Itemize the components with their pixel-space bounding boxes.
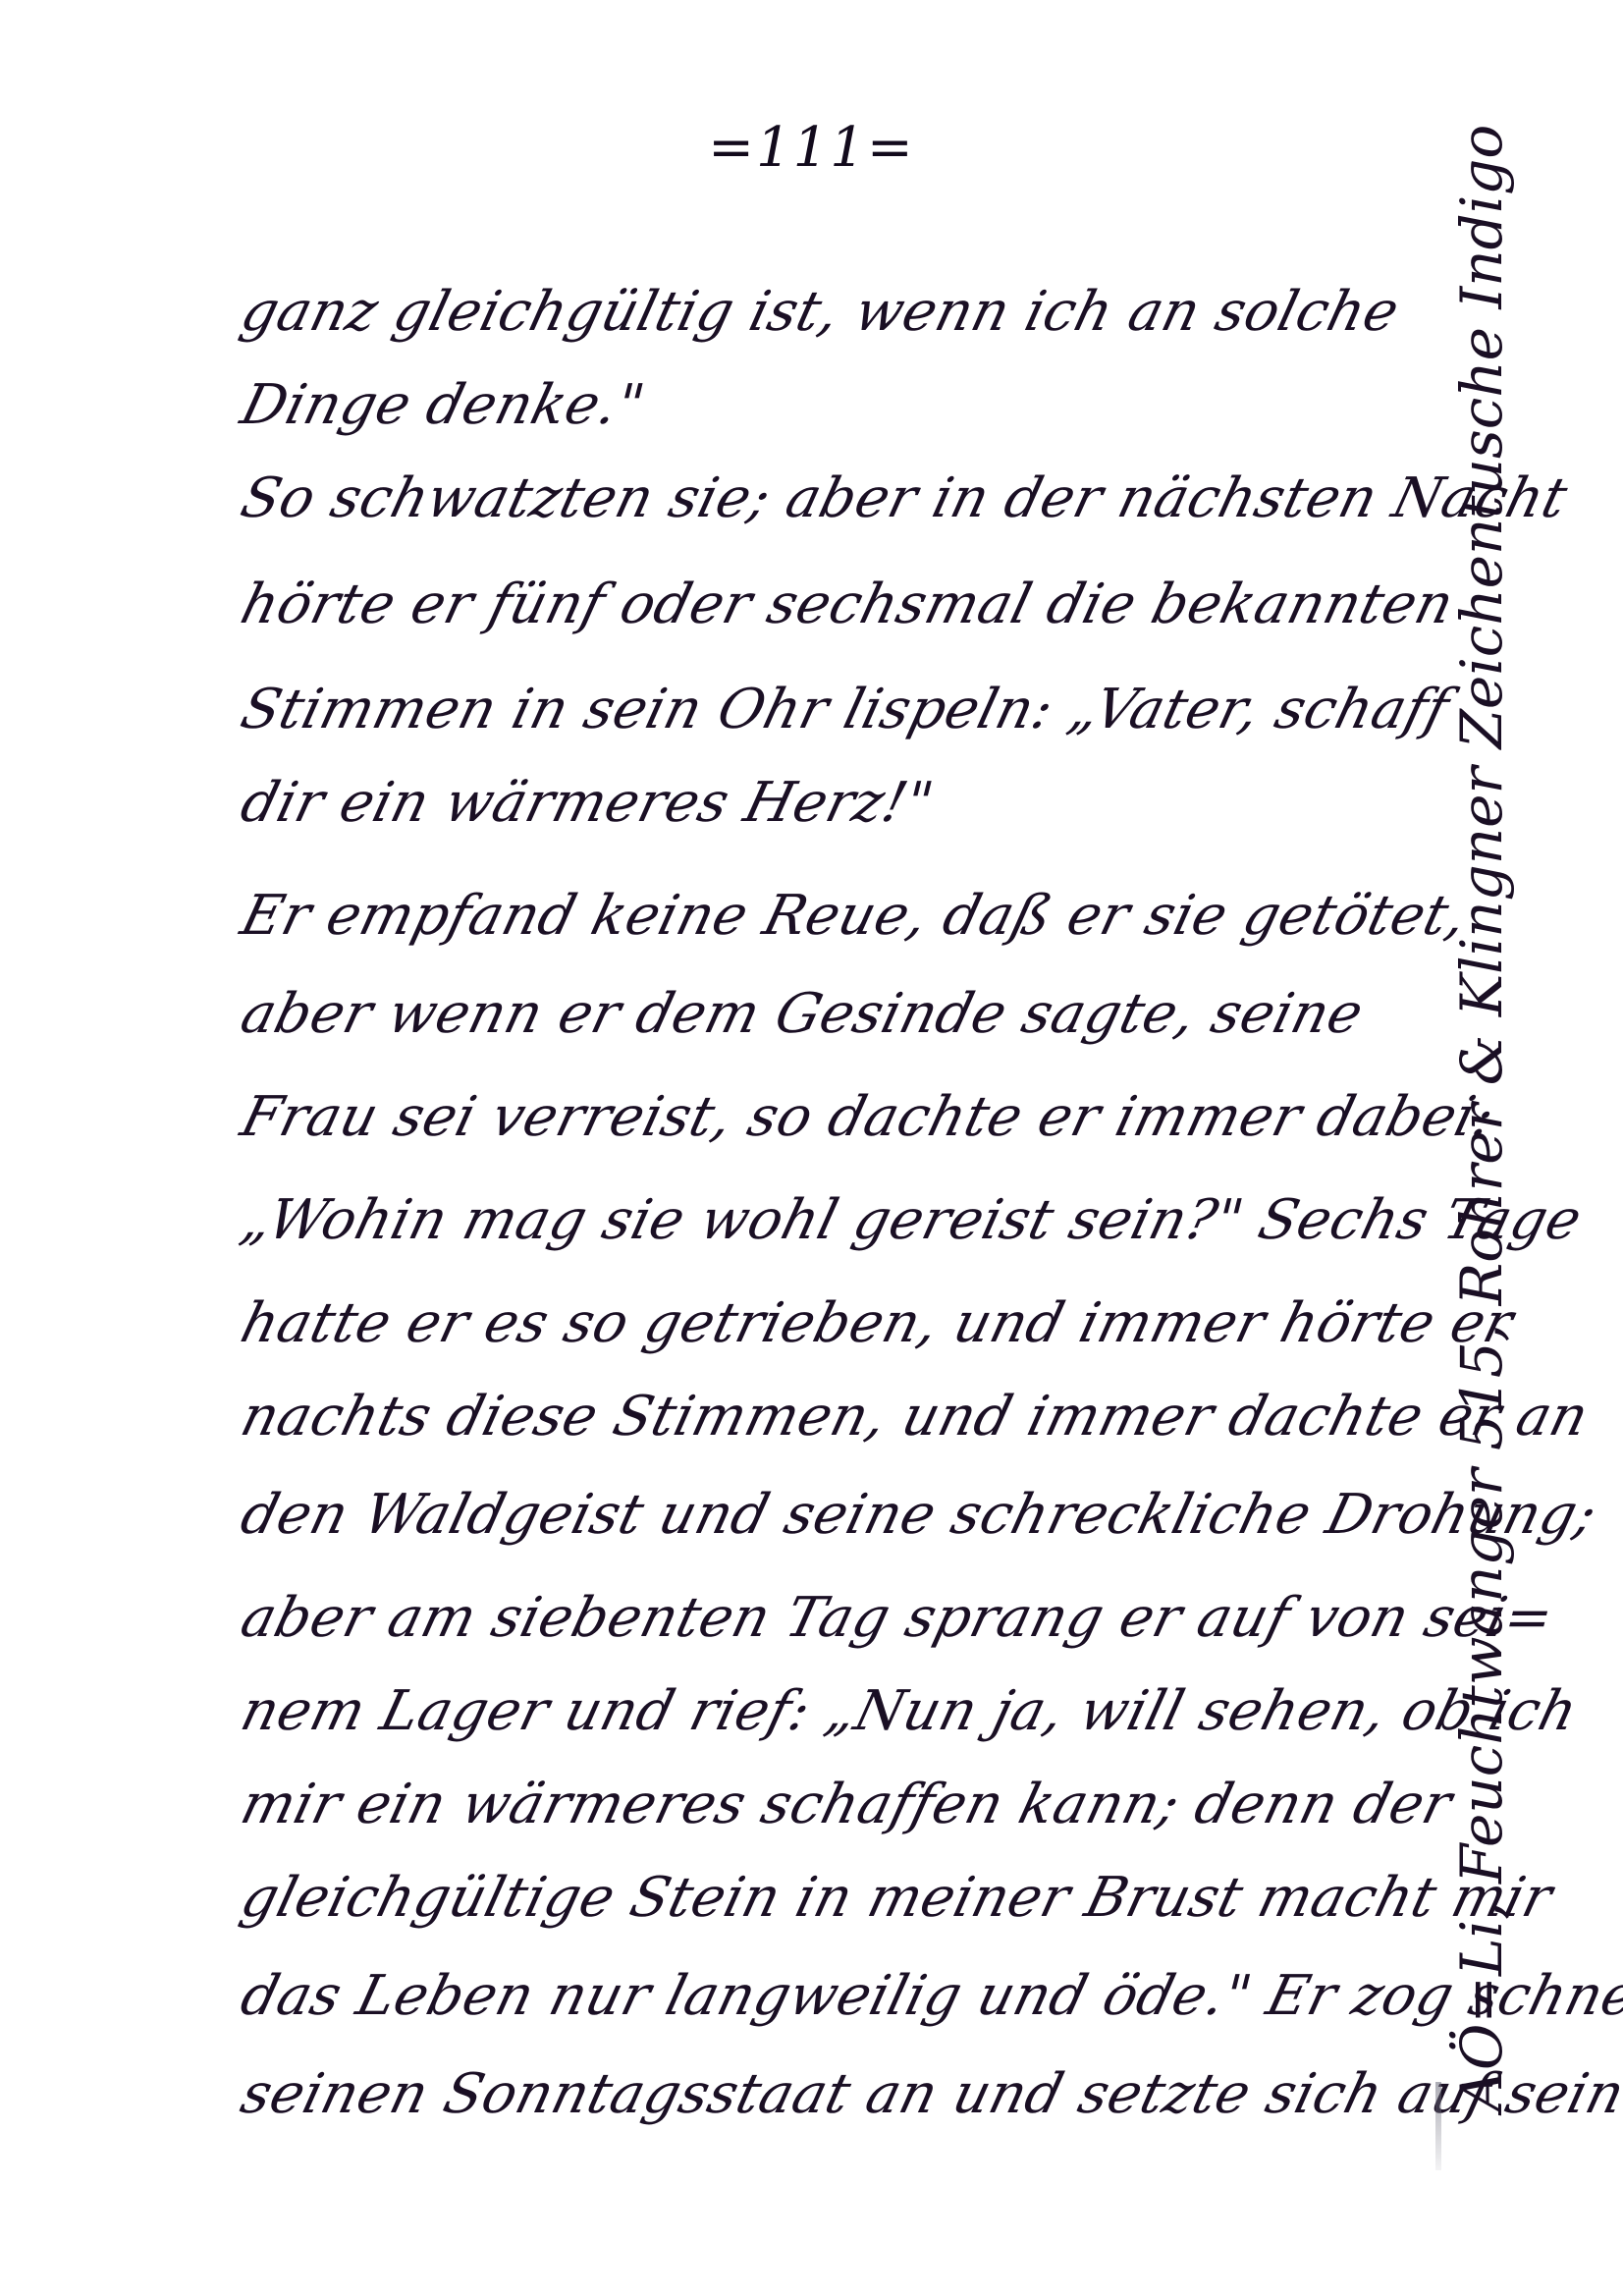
text-line: nem Lager und rief: „Nun ja, will sehen,… bbox=[236, 1684, 1583, 1739]
ink-smudge bbox=[1435, 2082, 1441, 2170]
text-line: nachts diese Stimmen, und immer dachte e… bbox=[236, 1390, 1594, 1445]
text-line: Frau sei verreist, so dachte er immer da… bbox=[236, 1090, 1500, 1145]
text-line: das Leben nur langweilig und öde." Er zo… bbox=[236, 1969, 1623, 2024]
text-line: Stimmen in sein Ohr lispeln: „Vater, sch… bbox=[236, 683, 1454, 738]
manuscript-page: =111= ganz gleichgültig ist, wenn ich an… bbox=[0, 0, 1623, 2296]
text-line: aber wenn er dem Gesinde sagte, seine bbox=[236, 987, 1369, 1042]
text-line: mir ein wärmeres schaffen kann; denn der bbox=[236, 1777, 1457, 1832]
text-line: seinen Sonntagsstaat an und setzte sich … bbox=[236, 2067, 1623, 2122]
text-line: den Waldgeist und seine schreckliche Dro… bbox=[236, 1488, 1602, 1543]
text-line: gleichgültige Stein in meiner Brust mach… bbox=[236, 1871, 1557, 1926]
page-number: =111= bbox=[0, 116, 1623, 180]
text-line: dir ein wärmeres Herz!" bbox=[236, 776, 939, 831]
text-line: ganz gleichgültig ist, wenn ich an solch… bbox=[236, 285, 1404, 340]
text-line: Dinge denke." bbox=[236, 378, 650, 433]
text-line: So schwatzten sie; aber in der nächsten … bbox=[236, 471, 1573, 526]
text-line: Er empfand keine Reue, daß er sie getöte… bbox=[236, 889, 1472, 944]
text-line: „Wohin mag sie wohl gereist sein?" Sechs… bbox=[236, 1193, 1587, 1248]
margin-note-vertical: AÖ=Li, Feuchtwanger 515, Rohrer & Klingn… bbox=[1448, 363, 1515, 2111]
text-line: aber am siebenten Tag sprang er auf von … bbox=[236, 1591, 1559, 1646]
text-line: hatte er es so getrieben, und immer hört… bbox=[236, 1296, 1518, 1351]
text-line: hörte er fünf oder sechsmal die bekannte… bbox=[236, 577, 1459, 632]
